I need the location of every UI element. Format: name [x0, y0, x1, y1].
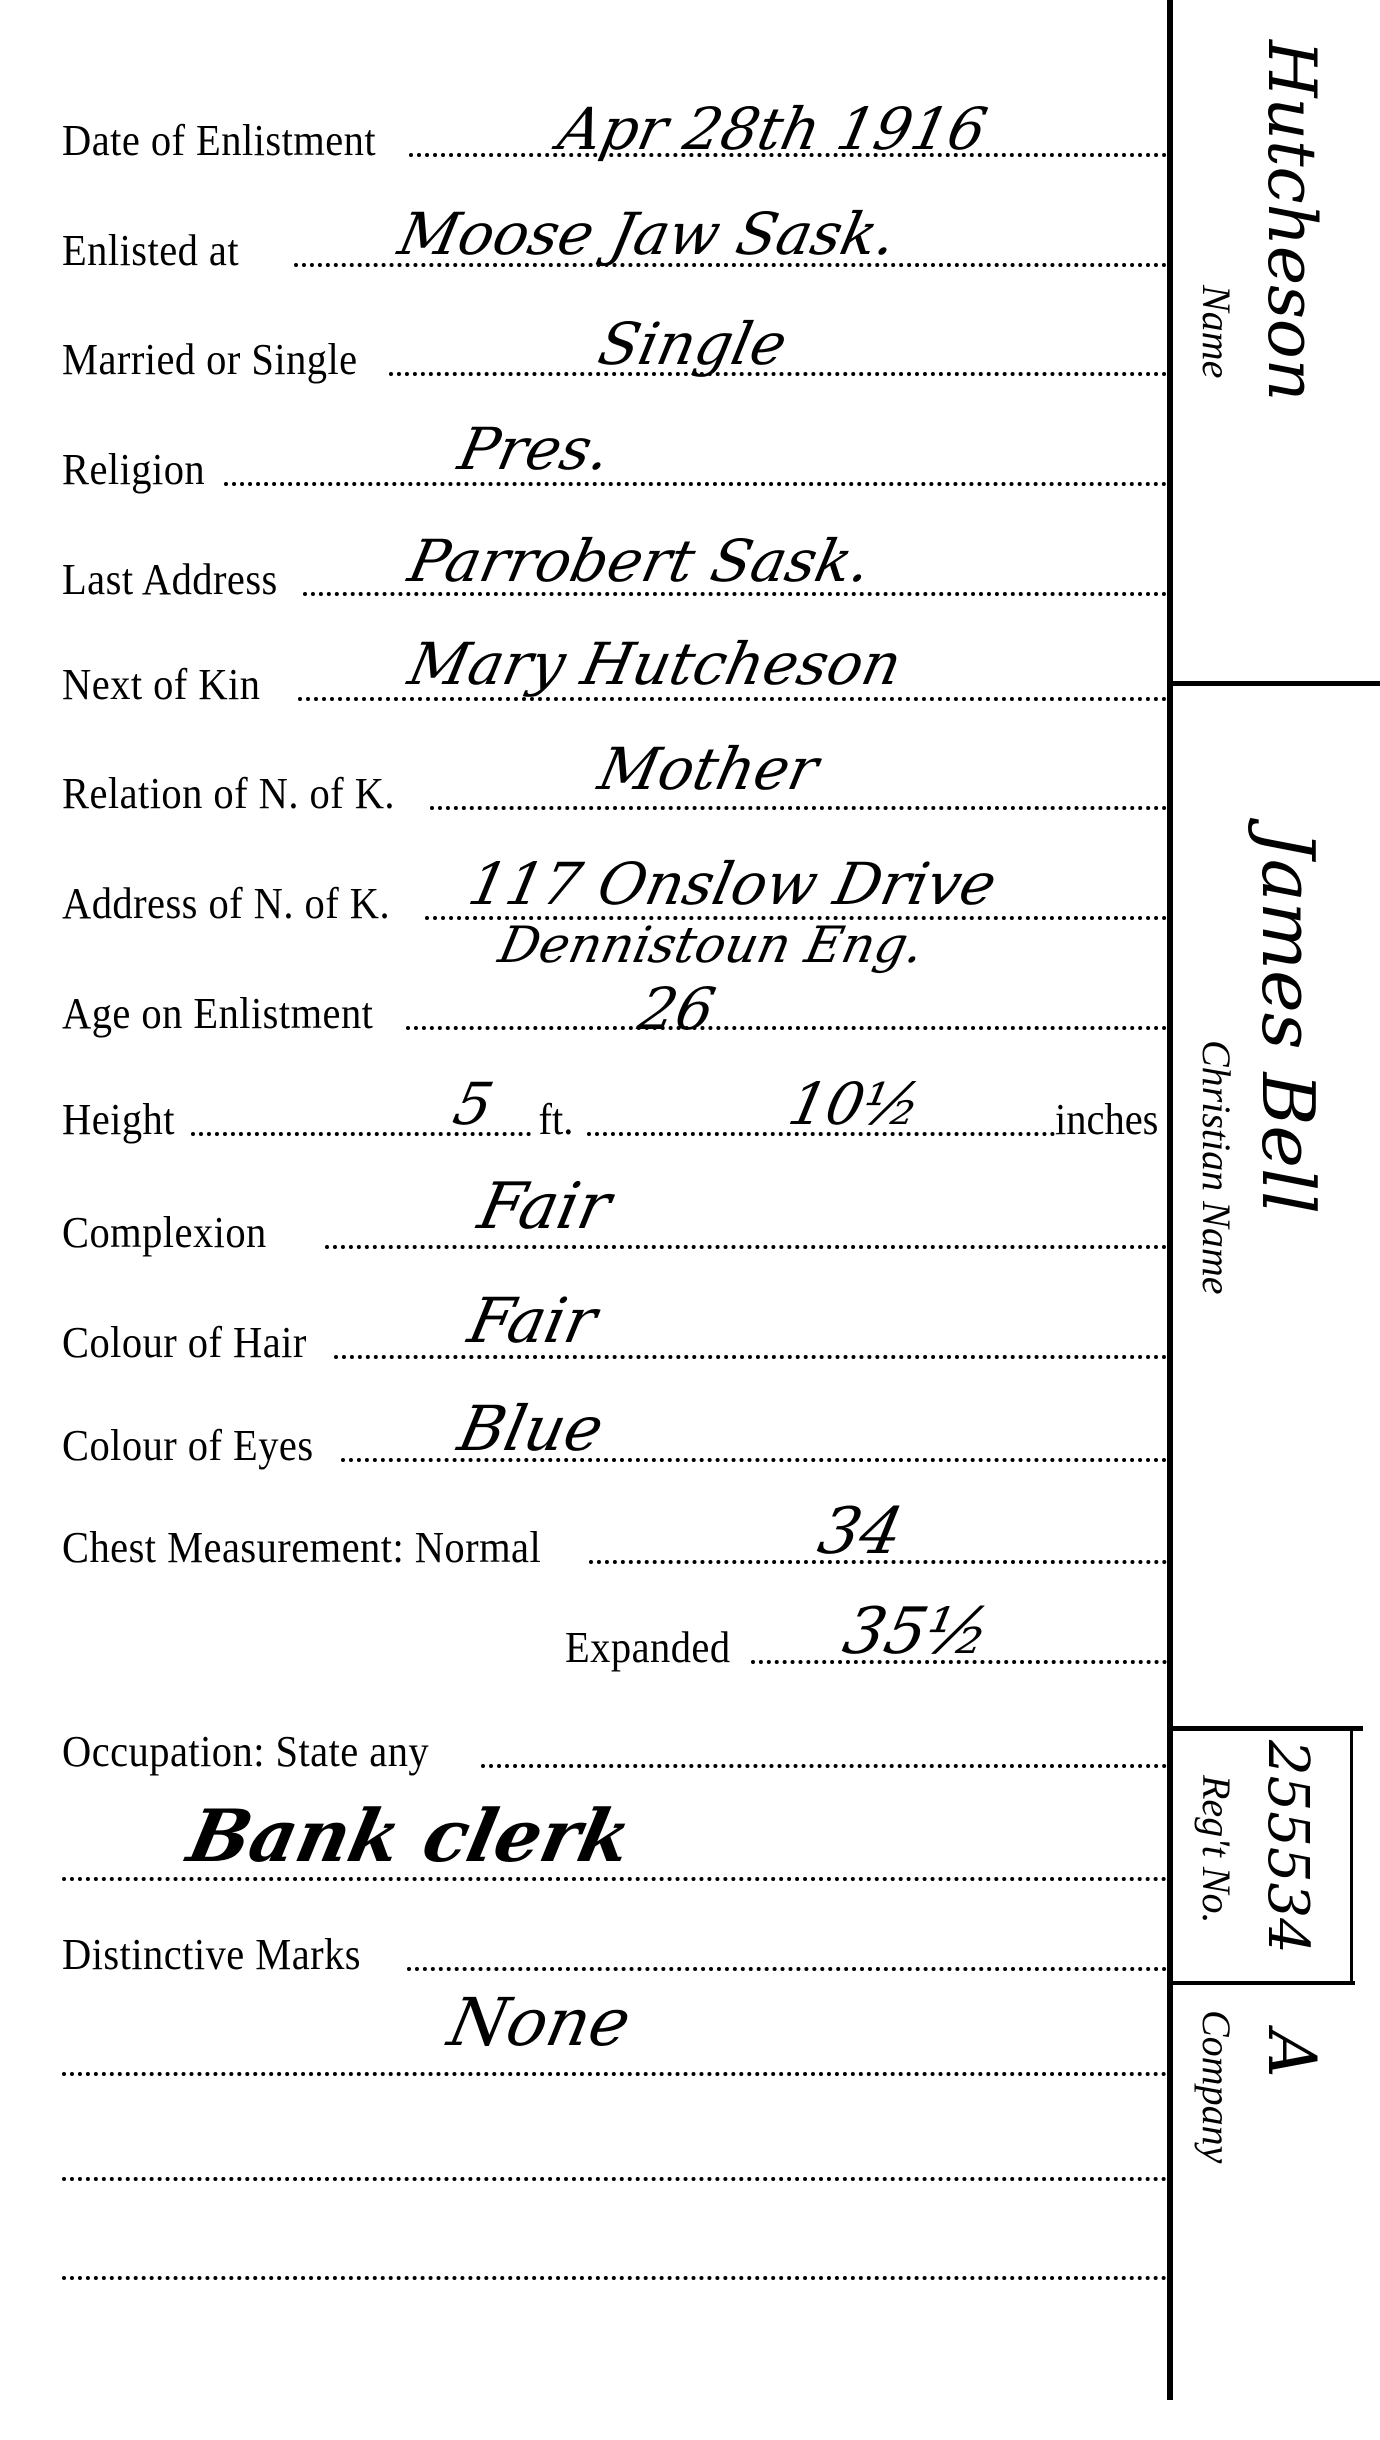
field-occupation: Occupation: State any: [62, 1714, 1167, 1774]
value-date-of-enlistment: Apr 28th 1916: [554, 100, 992, 158]
dotted-line: [62, 2276, 1167, 2280]
dotted-line: [62, 2072, 1167, 2076]
value-address-of-nok-line2: Dennistoun Eng.: [495, 920, 928, 970]
main-vertical-rule: [1167, 0, 1173, 2400]
value-distinctive-marks: None: [443, 1990, 636, 2056]
dotted-line: [481, 1764, 1167, 1768]
label-height: Height: [62, 1098, 175, 1142]
value-complexion: Fair: [473, 1175, 616, 1239]
dotted-line: [406, 1026, 1167, 1030]
label-religion: Religion: [62, 448, 205, 492]
sidebar-name-label: Name: [1193, 285, 1240, 378]
label-last-address: Last Address: [62, 558, 278, 602]
distinctive-marks-line-4: [62, 2226, 1167, 2286]
value-colour-of-eyes: Blue: [453, 1398, 608, 1460]
label-married-or-single: Married or Single: [62, 338, 358, 382]
value-chest-expanded: 35½: [838, 1600, 995, 1664]
sidebar-regt-no-label: Reg't No.: [1193, 1775, 1240, 1924]
dotted-line: [430, 806, 1167, 810]
dotted-line: [325, 1245, 1167, 1249]
sidebar-divider-company: [1170, 1981, 1355, 1985]
label-enlisted-at: Enlisted at: [62, 229, 239, 273]
value-next-of-kin: Mary Hutcheson: [404, 635, 907, 693]
sidebar-christian-name-label: Christian Name: [1193, 1040, 1240, 1294]
field-complexion: Complexion: [62, 1195, 1167, 1255]
field-age-on-enlistment: Age on Enlistment: [62, 976, 1167, 1036]
field-distinctive-marks: Distinctive Marks: [62, 1917, 1167, 1977]
dotted-line: [334, 1355, 1167, 1359]
label-relation-of-nok: Relation of N. of K.: [62, 772, 395, 816]
label-occupation: Occupation: State any: [62, 1730, 429, 1774]
value-address-of-nok-line1: 117 Onslow Drive: [464, 855, 1002, 913]
field-colour-of-eyes: Colour of Eyes: [62, 1408, 1167, 1468]
dotted-line: [224, 482, 1167, 486]
sidebar-regt-right-rule: [1350, 1726, 1353, 1984]
label-date-of-enlistment: Date of Enlistment: [62, 119, 376, 163]
field-colour-of-hair: Colour of Hair: [62, 1305, 1167, 1365]
value-last-address: Parrobert Sask.: [404, 532, 876, 590]
label-next-of-kin: Next of Kin: [62, 663, 260, 707]
value-height-in: 10½: [784, 1075, 926, 1133]
value-relation-of-nok: Mother: [594, 740, 823, 798]
label-complexion: Complexion: [62, 1211, 267, 1255]
value-religion: Pres.: [454, 420, 616, 478]
sidebar-name-value: Hutcheson: [1253, 40, 1330, 401]
dotted-line: [407, 1967, 1167, 1971]
value-married-or-single: Single: [594, 315, 792, 373]
sidebar-christian-name-value: James Bell: [1246, 830, 1330, 1214]
value-chest-normal: 34: [813, 1500, 908, 1564]
field-height: Height ft. inches: [62, 1082, 1167, 1142]
value-occupation: Bank clerk: [182, 1800, 637, 1872]
value-enlisted-at: Moose Jaw Sask.: [394, 205, 902, 263]
sidebar-divider-regt: [1173, 1726, 1363, 1731]
label-chest-normal: Chest Measurement: Normal: [62, 1526, 541, 1570]
label-colour-of-eyes: Colour of Eyes: [62, 1424, 314, 1468]
sidebar-company-label: Company: [1193, 2010, 1240, 2163]
dotted-line: [62, 2177, 1167, 2181]
label-chest-expanded: Expanded: [565, 1626, 731, 1670]
value-colour-of-hair: Fair: [463, 1290, 601, 1352]
value-age-on-enlistment: 26: [634, 980, 720, 1038]
sidebar-divider-name: [1170, 681, 1380, 686]
field-chest-normal: Chest Measurement: Normal: [62, 1510, 1167, 1570]
label-age-on-enlistment: Age on Enlistment: [62, 992, 373, 1036]
field-religion: Religion: [62, 432, 1167, 492]
label-address-of-nok: Address of N. of K.: [62, 882, 390, 926]
sidebar-company-value: A: [1253, 2030, 1330, 2078]
label-distinctive-marks: Distinctive Marks: [62, 1933, 361, 1977]
label-ft: ft.: [538, 1098, 573, 1142]
label-inches: inches: [1055, 1098, 1158, 1142]
label-colour-of-hair: Colour of Hair: [62, 1321, 307, 1365]
distinctive-marks-line-3: [62, 2127, 1167, 2187]
sidebar-regt-no-value: 255534: [1255, 1740, 1320, 1954]
